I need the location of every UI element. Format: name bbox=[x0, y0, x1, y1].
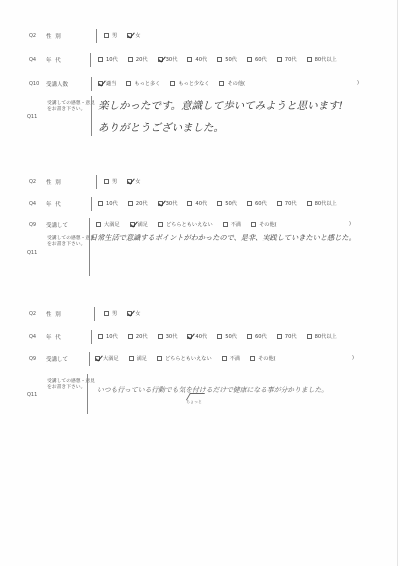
checkbox[interactable] bbox=[219, 81, 224, 86]
checkbox[interactable] bbox=[158, 334, 163, 339]
option-male[interactable]: 男 bbox=[104, 32, 117, 39]
option-40s[interactable]: 40代 bbox=[187, 200, 207, 207]
question-number: Q11 bbox=[27, 114, 37, 120]
checkbox[interactable] bbox=[96, 222, 101, 227]
q4-row: Q4 年 代 10代 20代 30代 40代 50代 60代 70代 80代以上 bbox=[0, 53, 400, 67]
age-options: 10代 20代 30代 40代 50代 60代 70代 80代以上 bbox=[98, 200, 347, 207]
checkbox[interactable] bbox=[170, 81, 175, 86]
checkbox[interactable] bbox=[247, 201, 252, 206]
checkbox-checked[interactable] bbox=[130, 222, 135, 227]
gender-options: 男 女 bbox=[104, 310, 150, 317]
question-number: Q2 bbox=[29, 311, 36, 317]
checkbox-checked[interactable] bbox=[158, 201, 163, 206]
checkbox[interactable] bbox=[217, 201, 222, 206]
question-label: 受講人数 bbox=[46, 80, 68, 88]
option-male[interactable]: 男 bbox=[104, 310, 117, 317]
checkbox[interactable] bbox=[307, 201, 312, 206]
option-70s[interactable]: 70代 bbox=[277, 200, 297, 207]
checkbox-checked[interactable] bbox=[127, 179, 132, 184]
checkbox[interactable] bbox=[187, 57, 192, 62]
checkbox[interactable] bbox=[98, 334, 103, 339]
option-30s[interactable]: 30代 bbox=[158, 200, 178, 207]
option-50s[interactable]: 50代 bbox=[217, 200, 237, 207]
checkbox[interactable] bbox=[217, 334, 222, 339]
option-60s[interactable]: 60代 bbox=[247, 333, 267, 340]
q2-row: Q2 性 別 男 女 bbox=[0, 29, 400, 43]
checkbox[interactable] bbox=[157, 356, 162, 361]
gender-options: 男 女 bbox=[104, 178, 150, 185]
option-10s[interactable]: 10代 bbox=[98, 333, 118, 340]
q4-row: Q4 年 代 10代 20代 30代 40代 50代 60代 70代 80代以上 bbox=[0, 330, 400, 344]
gender-options: 男 女 bbox=[104, 32, 150, 39]
option-30s[interactable]: 30代 bbox=[158, 56, 178, 63]
divider bbox=[89, 352, 90, 366]
option-50s[interactable]: 50代 bbox=[217, 56, 237, 63]
checkbox[interactable] bbox=[158, 222, 163, 227]
checkbox[interactable] bbox=[277, 201, 282, 206]
q10-row: Q10 受講人数 適当 もっと多く もっと少なく その他( ) bbox=[0, 77, 400, 91]
checkbox[interactable] bbox=[128, 201, 133, 206]
option-female[interactable]: 女 bbox=[127, 310, 140, 317]
question-number: Q11 bbox=[27, 250, 37, 256]
question-label: 年 代 bbox=[46, 200, 62, 208]
age-options: 10代 20代 30代 40代 50代 60代 70代 80代以上 bbox=[98, 56, 347, 63]
satisfaction-options: 大満足 満足 どちらともいえない 不満 その他( bbox=[96, 221, 287, 228]
option-male[interactable]: 男 bbox=[104, 178, 117, 185]
option-dissatisfied[interactable]: 不満 bbox=[223, 221, 241, 228]
option-fewer[interactable]: もっと少なく bbox=[170, 80, 209, 87]
checkbox-checked[interactable] bbox=[187, 334, 192, 339]
option-30s[interactable]: 30代 bbox=[158, 333, 178, 340]
close-paren: ) bbox=[352, 355, 354, 361]
satisfaction-options: 大満足 満足 どちらともいえない 不満 その他( bbox=[95, 355, 286, 362]
checkbox[interactable] bbox=[217, 57, 222, 62]
option-10s[interactable]: 10代 bbox=[98, 56, 118, 63]
checkbox-checked[interactable] bbox=[98, 81, 103, 86]
question-label: 受講しての感想・意見をお書き下さい。 bbox=[47, 379, 97, 391]
checkbox[interactable] bbox=[247, 57, 252, 62]
divider bbox=[96, 29, 97, 43]
divider bbox=[91, 330, 92, 344]
question-label: 性 別 bbox=[46, 178, 62, 186]
checkbox-checked[interactable] bbox=[127, 33, 132, 38]
question-number: Q2 bbox=[29, 33, 36, 39]
handwritten-comment: 楽しかったです。意識して歩いてみようと思います! bbox=[98, 98, 343, 113]
checkbox[interactable] bbox=[104, 311, 109, 316]
question-label: 年 代 bbox=[46, 56, 62, 64]
q9-row: Q9 受講して 大満足 満足 どちらともいえない 不満 その他( ) bbox=[0, 218, 400, 232]
divider bbox=[94, 307, 95, 321]
divider bbox=[91, 197, 92, 211]
question-number: Q2 bbox=[29, 179, 36, 185]
option-80s-plus[interactable]: 80代以上 bbox=[307, 56, 337, 63]
q2-row: Q2 性 別 男 女 bbox=[0, 175, 400, 189]
q4-row: Q4 年 代 10代 20代 30代 40代 50代 60代 70代 80代以上 bbox=[0, 197, 400, 211]
divider bbox=[96, 175, 97, 189]
checkbox[interactable] bbox=[247, 334, 252, 339]
option-more[interactable]: もっと多く bbox=[126, 80, 160, 87]
checkbox[interactable] bbox=[222, 356, 227, 361]
option-60s[interactable]: 60代 bbox=[247, 200, 267, 207]
close-paren: ) bbox=[357, 80, 359, 86]
option-40s[interactable]: 40代 bbox=[187, 56, 207, 63]
checkbox[interactable] bbox=[129, 356, 134, 361]
divider bbox=[91, 77, 92, 91]
option-other[interactable]: その他( bbox=[251, 221, 277, 228]
checkbox[interactable] bbox=[277, 57, 282, 62]
option-neutral[interactable]: どちらともいえない bbox=[157, 355, 212, 362]
question-number: Q4 bbox=[29, 334, 36, 340]
option-20s[interactable]: 20代 bbox=[128, 56, 148, 63]
age-options: 10代 20代 30代 40代 50代 60代 70代 80代以上 bbox=[98, 333, 347, 340]
class-size-options: 適当 もっと多く もっと少なく その他( bbox=[98, 80, 255, 87]
close-paren: ) bbox=[349, 221, 351, 227]
checkbox[interactable] bbox=[104, 33, 109, 38]
q2-row: Q2 性 別 男 女 bbox=[0, 307, 400, 321]
checkbox[interactable] bbox=[277, 334, 282, 339]
checkbox[interactable] bbox=[128, 334, 133, 339]
checkbox[interactable] bbox=[98, 201, 103, 206]
checkbox[interactable] bbox=[128, 57, 133, 62]
checkbox-checked[interactable] bbox=[95, 356, 100, 361]
question-number: Q10 bbox=[29, 81, 39, 87]
checkbox[interactable] bbox=[104, 179, 109, 184]
option-20s[interactable]: 20代 bbox=[128, 200, 148, 207]
question-label: 性 別 bbox=[46, 32, 62, 40]
checkbox-checked[interactable] bbox=[158, 57, 163, 62]
option-50s[interactable]: 50代 bbox=[217, 333, 237, 340]
question-label: 性 別 bbox=[46, 310, 62, 318]
question-number: Q9 bbox=[29, 222, 36, 228]
checkbox[interactable] bbox=[223, 222, 228, 227]
option-female[interactable]: 女 bbox=[127, 32, 140, 39]
question-number: Q11 bbox=[27, 392, 37, 398]
question-label: 受講して bbox=[46, 221, 68, 229]
option-20s[interactable]: 20代 bbox=[128, 333, 148, 340]
checkbox[interactable] bbox=[307, 57, 312, 62]
checkbox[interactable] bbox=[251, 222, 256, 227]
divider bbox=[91, 96, 92, 136]
option-80s-plus[interactable]: 80代以上 bbox=[307, 200, 337, 207]
option-appropriate[interactable]: 適当 bbox=[98, 80, 116, 87]
option-10s[interactable]: 10代 bbox=[98, 200, 118, 207]
option-satisfied[interactable]: 満足 bbox=[130, 221, 148, 228]
option-very-satisfied[interactable]: 大満足 bbox=[96, 221, 120, 228]
inserted-note: ちょっと bbox=[186, 399, 202, 405]
checkbox[interactable] bbox=[126, 81, 131, 86]
divider bbox=[90, 53, 91, 67]
question-number: Q4 bbox=[29, 57, 36, 63]
checkbox-checked[interactable] bbox=[127, 311, 132, 316]
option-70s[interactable]: 70代 bbox=[277, 56, 297, 63]
question-label: 受講して bbox=[46, 355, 68, 363]
option-satisfied[interactable]: 満足 bbox=[129, 355, 147, 362]
option-80s-plus[interactable]: 80代以上 bbox=[307, 333, 337, 340]
option-very-satisfied[interactable]: 大満足 bbox=[95, 355, 119, 362]
handwritten-comment: 日常生活で意識するポイントがわかったので、是非、実践していきたいと感じた。 bbox=[90, 233, 356, 243]
option-40s[interactable]: 40代 bbox=[187, 333, 207, 340]
divider bbox=[87, 374, 88, 414]
divider bbox=[89, 218, 90, 232]
option-neutral[interactable]: どちらともいえない bbox=[158, 221, 213, 228]
option-dissatisfied[interactable]: 不満 bbox=[222, 355, 240, 362]
handwritten-comment: いつも行っている行動でも気を付けるだけで健康になる事が分かりました。 bbox=[97, 384, 328, 394]
option-female[interactable]: 女 bbox=[127, 178, 140, 185]
checkbox[interactable] bbox=[187, 201, 192, 206]
q9-row: Q9 受講して 大満足 満足 どちらともいえない 不満 その他( ) bbox=[0, 352, 400, 366]
option-other[interactable]: その他( bbox=[219, 80, 245, 87]
checkbox[interactable] bbox=[250, 356, 255, 361]
option-other[interactable]: その他( bbox=[250, 355, 276, 362]
survey-page: Q2 性 別 男 女 Q4 年 代 10代 20代 30代 40代 50代 60… bbox=[0, 0, 400, 566]
checkbox[interactable] bbox=[307, 334, 312, 339]
handwritten-comment: ありがとうございました。 bbox=[98, 120, 224, 135]
checkbox[interactable] bbox=[98, 57, 103, 62]
option-60s[interactable]: 60代 bbox=[247, 56, 267, 63]
option-70s[interactable]: 70代 bbox=[277, 333, 297, 340]
question-number: Q9 bbox=[29, 356, 36, 362]
question-label: 受講しての感想・意見をお書き下さい。 bbox=[47, 101, 97, 113]
question-label: 年 代 bbox=[46, 333, 62, 341]
question-number: Q4 bbox=[29, 201, 36, 207]
